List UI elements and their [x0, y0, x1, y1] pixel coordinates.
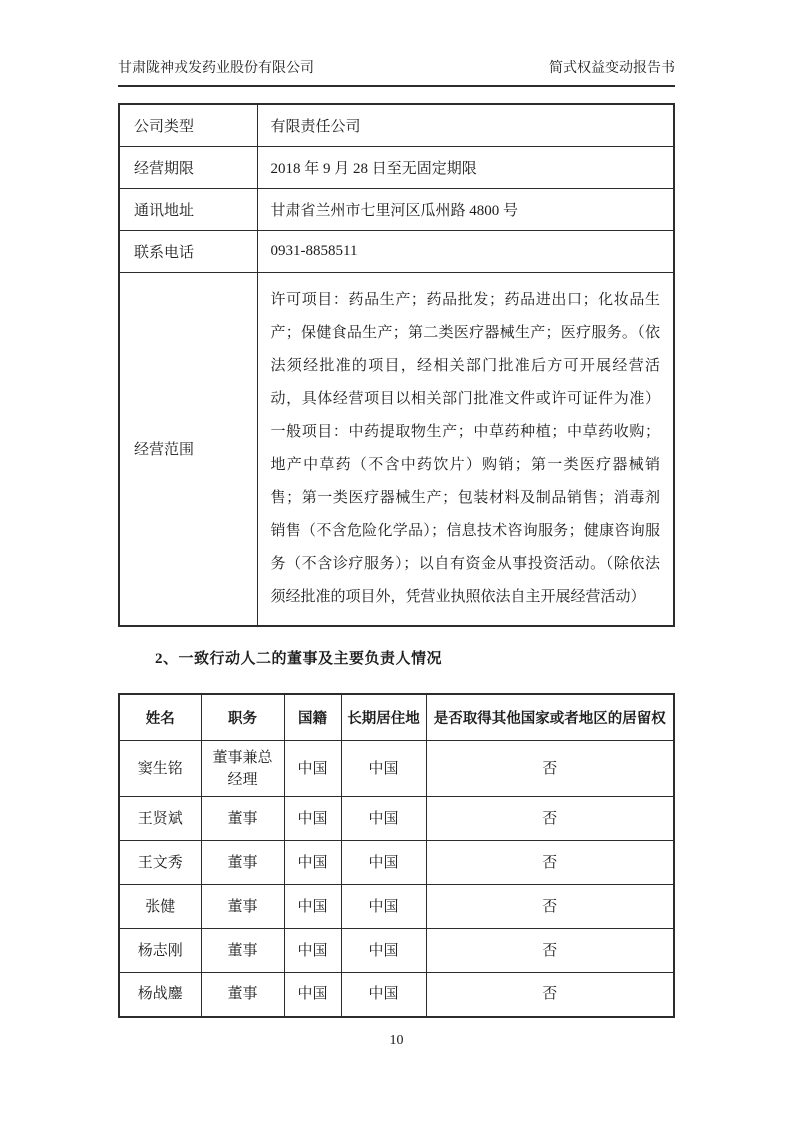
director-nationality: 中国: [284, 841, 341, 885]
header-company-name: 甘肃陇神戎发药业股份有限公司: [118, 57, 314, 77]
column-header-residence: 长期居住地: [341, 694, 426, 741]
director-row: 杨志刚 董事 中国 中国 否: [119, 929, 674, 973]
director-nationality: 中国: [284, 885, 341, 929]
directors-table: 姓名 职务 国籍 长期居住地 是否取得其他国家或者地区的居留权 窦生铭 董事兼总…: [118, 693, 675, 1018]
field-value: 许可项目：药品生产；药品批发；药品进出口；化妆品生产；保健食品生产；第二类医疗器…: [257, 272, 674, 626]
document-page: 甘肃陇神戎发药业股份有限公司 简式权益变动报告书 公司类型 有限责任公司 经营期…: [0, 0, 793, 1122]
director-residence: 中国: [341, 741, 426, 797]
director-residence: 中国: [341, 841, 426, 885]
director-position: 董事兼总经理: [201, 741, 284, 797]
director-position: 董事: [201, 797, 284, 841]
director-row: 张健 董事 中国 中国 否: [119, 885, 674, 929]
director-name: 杨战鏖: [119, 973, 201, 1017]
field-label: 经营期限: [119, 146, 257, 188]
director-row: 王贤斌 董事 中国 中国 否: [119, 797, 674, 841]
row-contact-phone: 联系电话 0931-8858511: [119, 230, 674, 272]
director-name: 王贤斌: [119, 797, 201, 841]
page-number: 10: [118, 1033, 675, 1049]
field-label: 通讯地址: [119, 188, 257, 230]
directors-header-row: 姓名 职务 国籍 长期居住地 是否取得其他国家或者地区的居留权: [119, 694, 674, 741]
director-other-residency: 否: [426, 741, 674, 797]
director-other-residency: 否: [426, 929, 674, 973]
field-value: 甘肃省兰州市七里河区瓜州路 4800 号: [257, 188, 674, 230]
field-value: 0931-8858511: [257, 230, 674, 272]
director-position: 董事: [201, 929, 284, 973]
director-name: 杨志刚: [119, 929, 201, 973]
field-value: 有限责任公司: [257, 104, 674, 146]
director-residence: 中国: [341, 797, 426, 841]
director-row: 窦生铭 董事兼总经理 中国 中国 否: [119, 741, 674, 797]
field-label: 经营范围: [119, 272, 257, 626]
director-name: 王文秀: [119, 841, 201, 885]
director-other-residency: 否: [426, 797, 674, 841]
director-position: 董事: [201, 973, 284, 1017]
field-value: 2018 年 9 月 28 日至无固定期限: [257, 146, 674, 188]
column-header-name: 姓名: [119, 694, 201, 741]
director-row: 杨战鏖 董事 中国 中国 否: [119, 973, 674, 1017]
director-nationality: 中国: [284, 929, 341, 973]
row-mailing-address: 通讯地址 甘肃省兰州市七里河区瓜州路 4800 号: [119, 188, 674, 230]
director-nationality: 中国: [284, 973, 341, 1017]
column-header-other-residency: 是否取得其他国家或者地区的居留权: [426, 694, 674, 741]
director-nationality: 中国: [284, 741, 341, 797]
header-report-title: 简式权益变动报告书: [549, 57, 675, 77]
document-header: 甘肃陇神戎发药业股份有限公司 简式权益变动报告书: [118, 57, 675, 87]
director-residence: 中国: [341, 885, 426, 929]
director-name: 窦生铭: [119, 741, 201, 797]
company-info-table: 公司类型 有限责任公司 经营期限 2018 年 9 月 28 日至无固定期限 通…: [118, 103, 675, 627]
director-position: 董事: [201, 841, 284, 885]
director-other-residency: 否: [426, 885, 674, 929]
section-heading: 2、一致行动人二的董事及主要负责人情况: [118, 647, 675, 668]
director-other-residency: 否: [426, 841, 674, 885]
row-company-type: 公司类型 有限责任公司: [119, 104, 674, 146]
column-header-nationality: 国籍: [284, 694, 341, 741]
director-residence: 中国: [341, 973, 426, 1017]
director-other-residency: 否: [426, 973, 674, 1017]
director-position: 董事: [201, 885, 284, 929]
column-header-position: 职务: [201, 694, 284, 741]
field-label: 公司类型: [119, 104, 257, 146]
director-row: 王文秀 董事 中国 中国 否: [119, 841, 674, 885]
field-label: 联系电话: [119, 230, 257, 272]
row-business-scope: 经营范围 许可项目：药品生产；药品批发；药品进出口；化妆品生产；保健食品生产；第…: [119, 272, 674, 626]
director-nationality: 中国: [284, 797, 341, 841]
director-residence: 中国: [341, 929, 426, 973]
director-name: 张健: [119, 885, 201, 929]
row-business-term: 经营期限 2018 年 9 月 28 日至无固定期限: [119, 146, 674, 188]
